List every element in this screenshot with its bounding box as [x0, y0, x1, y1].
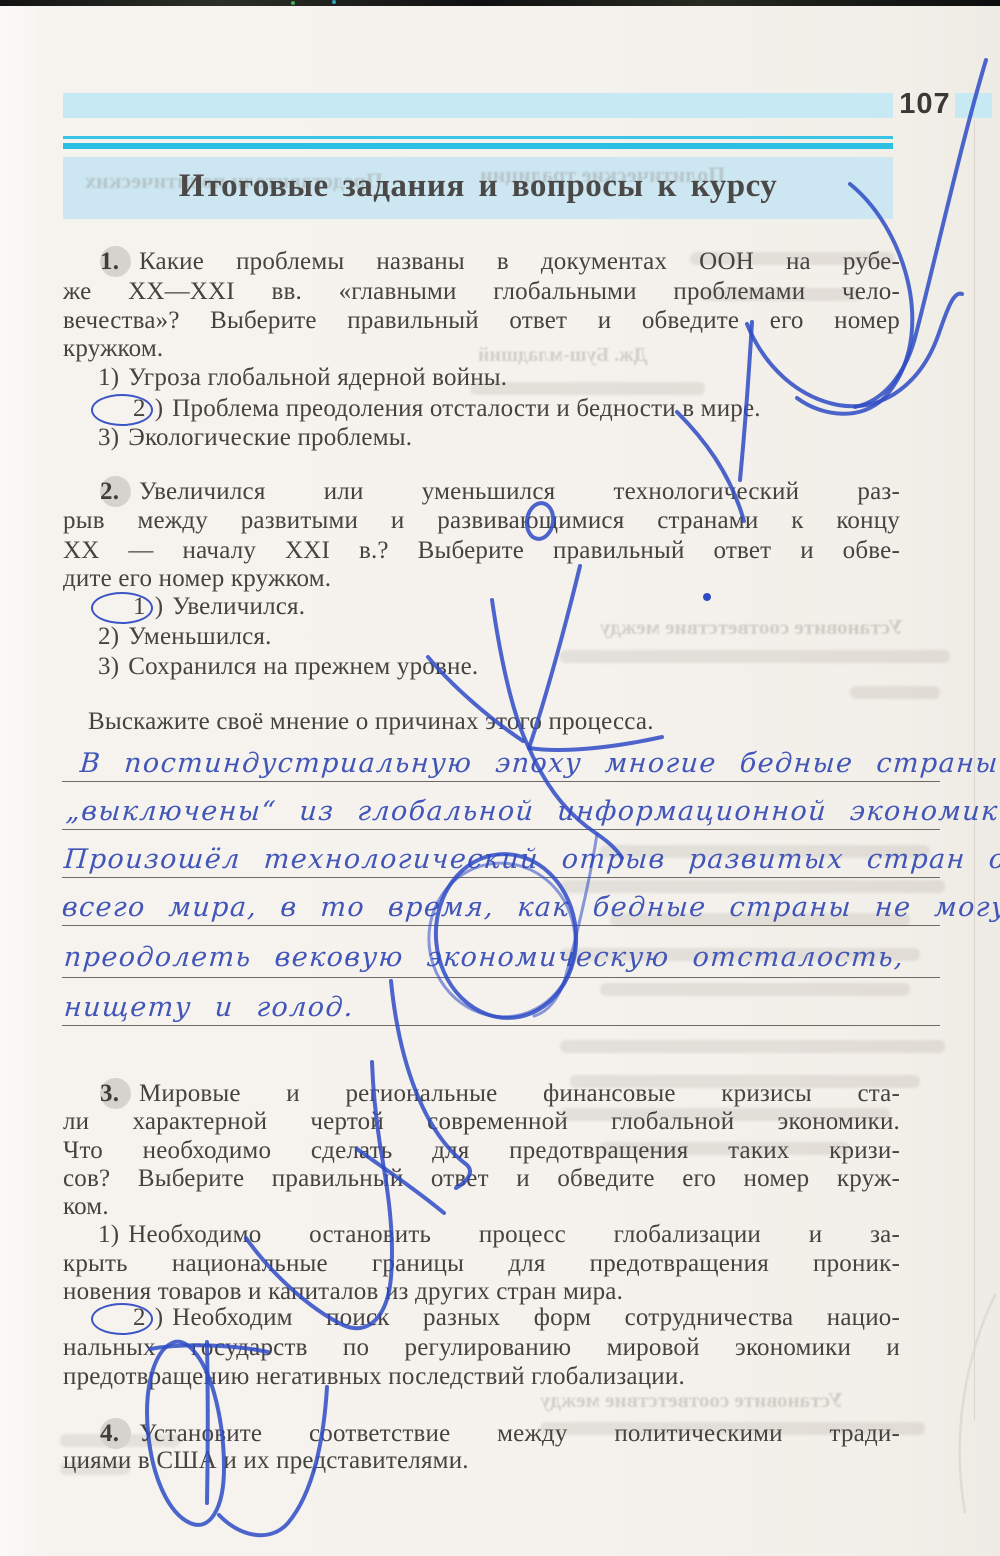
header-rule-thin [63, 136, 893, 139]
q3-line-4: сов? Выберите правильный ответ и обведит… [63, 1164, 900, 1194]
q1-option-3: 3)Экологические проблемы. [63, 423, 900, 453]
answer-rule-1 [62, 781, 940, 782]
ghost-row [600, 983, 910, 996]
answer-circle-mark: 1 [91, 592, 153, 624]
opinion-prompt: Выскажите своё мнение о причинах этого п… [63, 707, 900, 737]
q2-option-1: 1)Увеличился. [63, 592, 900, 622]
answer-rule-6 [62, 1025, 940, 1026]
answer-rule-5 [62, 977, 940, 978]
q1-option-2: 2)Проблема преодоления отсталости и бедн… [63, 394, 900, 424]
scribble-big-oval-retrace [417, 851, 588, 1028]
page-curl-line [960, 1295, 995, 1512]
scan-speck [291, 1, 295, 5]
q3-line-3: Что необходимо сделать для предотвращени… [63, 1136, 900, 1166]
page-number-bar [63, 93, 893, 118]
option-number: 1) [98, 1221, 119, 1248]
handwritten-line-5: преодолеть вековую экономическую отстало… [63, 942, 905, 973]
q4-number-badge: 4. [100, 1418, 131, 1449]
q1-text: Какие проблемы названы в документах ООН … [139, 248, 900, 275]
q3-option-2-line-1: 2)Необходим поиск разных форм сотрудниче… [63, 1303, 900, 1333]
ghost-row [560, 1040, 945, 1053]
q3-option-1-line-1: 1)Необходимо остановить процесс глобализ… [63, 1220, 900, 1250]
page-title: Итоговые задания и вопросы к курсу [63, 168, 893, 205]
handwritten-line-2: „выключены“ из глобальной информационной… [65, 796, 1000, 827]
q2-line-4: дите его номер кружком. [63, 564, 900, 594]
q4-text: Установите соответствие между политическ… [139, 1420, 900, 1447]
q2-text: Увеличился или уменьшился технологически… [139, 478, 900, 505]
answer-rule-3 [62, 877, 940, 878]
q3-line-1: 3.Мировые и региональные финансовые криз… [63, 1078, 900, 1109]
q3-number-badge: 3. [100, 1078, 131, 1109]
scanner-edge-strip [0, 0, 1000, 6]
answer-rule-4 [62, 925, 940, 926]
q4-line-1: 4.Установите соответствие между политиче… [63, 1418, 900, 1449]
q3-line-2: ли характерной чертой современной глобал… [63, 1107, 900, 1137]
option-number-circled: 2) [98, 395, 163, 422]
q1-line-2: же XX—XXI вв. «главными глобальными проб… [63, 277, 900, 307]
q2-option-2: 2)Уменьшился. [63, 622, 900, 652]
scan-speck [332, 0, 336, 4]
q1-line-1: 1.Какие проблемы названы в документах ОО… [63, 246, 900, 277]
answer-circle-mark: 2 [91, 394, 153, 426]
q2-line-3: XX — началу XXI в.? Выберите правильный … [63, 536, 900, 566]
q1-line-3: вечества»? Выберите правильный ответ и о… [63, 306, 900, 336]
q3-option-1-line-2: крыть национальные границы для предотвра… [63, 1249, 900, 1279]
q2-line-1: 2.Увеличился или уменьшился технологичес… [63, 476, 900, 507]
q3-option-2-line-2: нальных государств по регулированию миро… [63, 1333, 900, 1363]
option-number-circled: 1) [98, 593, 163, 620]
q1-line-4: кружком. [63, 334, 900, 364]
handwritten-line-3: Произошёл технологический отрыв развитых… [63, 844, 1000, 875]
scanned-workbook-page: 107 Представители политических Политичес… [0, 0, 1000, 1556]
option-number: 3) [98, 424, 119, 451]
q1-number-badge: 1. [100, 246, 131, 277]
q2-number-badge: 2. [100, 476, 131, 507]
answer-rule-2 [62, 829, 940, 830]
q3-line-5: ком. [63, 1192, 900, 1222]
q3-option-2-line-3: предотвращению негативных последствий гл… [63, 1362, 900, 1392]
option-number: 3) [98, 653, 119, 680]
option-number: 2) [98, 623, 119, 650]
option-number-circled: 2) [98, 1304, 163, 1331]
q4-line-2: циями в США и их представителями. [63, 1446, 900, 1476]
page-number-block [955, 93, 992, 118]
header-rule-thick [63, 143, 893, 149]
handwritten-line-1: В постиндустриальную эпоху многие бедные… [79, 748, 1000, 779]
answer-circle-mark: 2 [91, 1303, 153, 1335]
handwritten-line-4: всего мира, в то время, как бедные стран… [61, 892, 1000, 923]
ghost-row [850, 686, 940, 699]
handwritten-line-6: нищету и голод. [63, 992, 355, 1023]
page-number: 107 [896, 88, 954, 121]
q2-option-3: 3)Сохранился на прежнем уровне. [63, 652, 900, 682]
q2-line-2: рыв между развитыми и развивающимися стр… [63, 506, 900, 536]
option-number: 1) [98, 364, 119, 391]
q3-text: Мировые и региональные финансовые кризис… [139, 1080, 900, 1107]
q1-option-1: 1)Угроза глобальной ядерной войны. [63, 363, 900, 393]
